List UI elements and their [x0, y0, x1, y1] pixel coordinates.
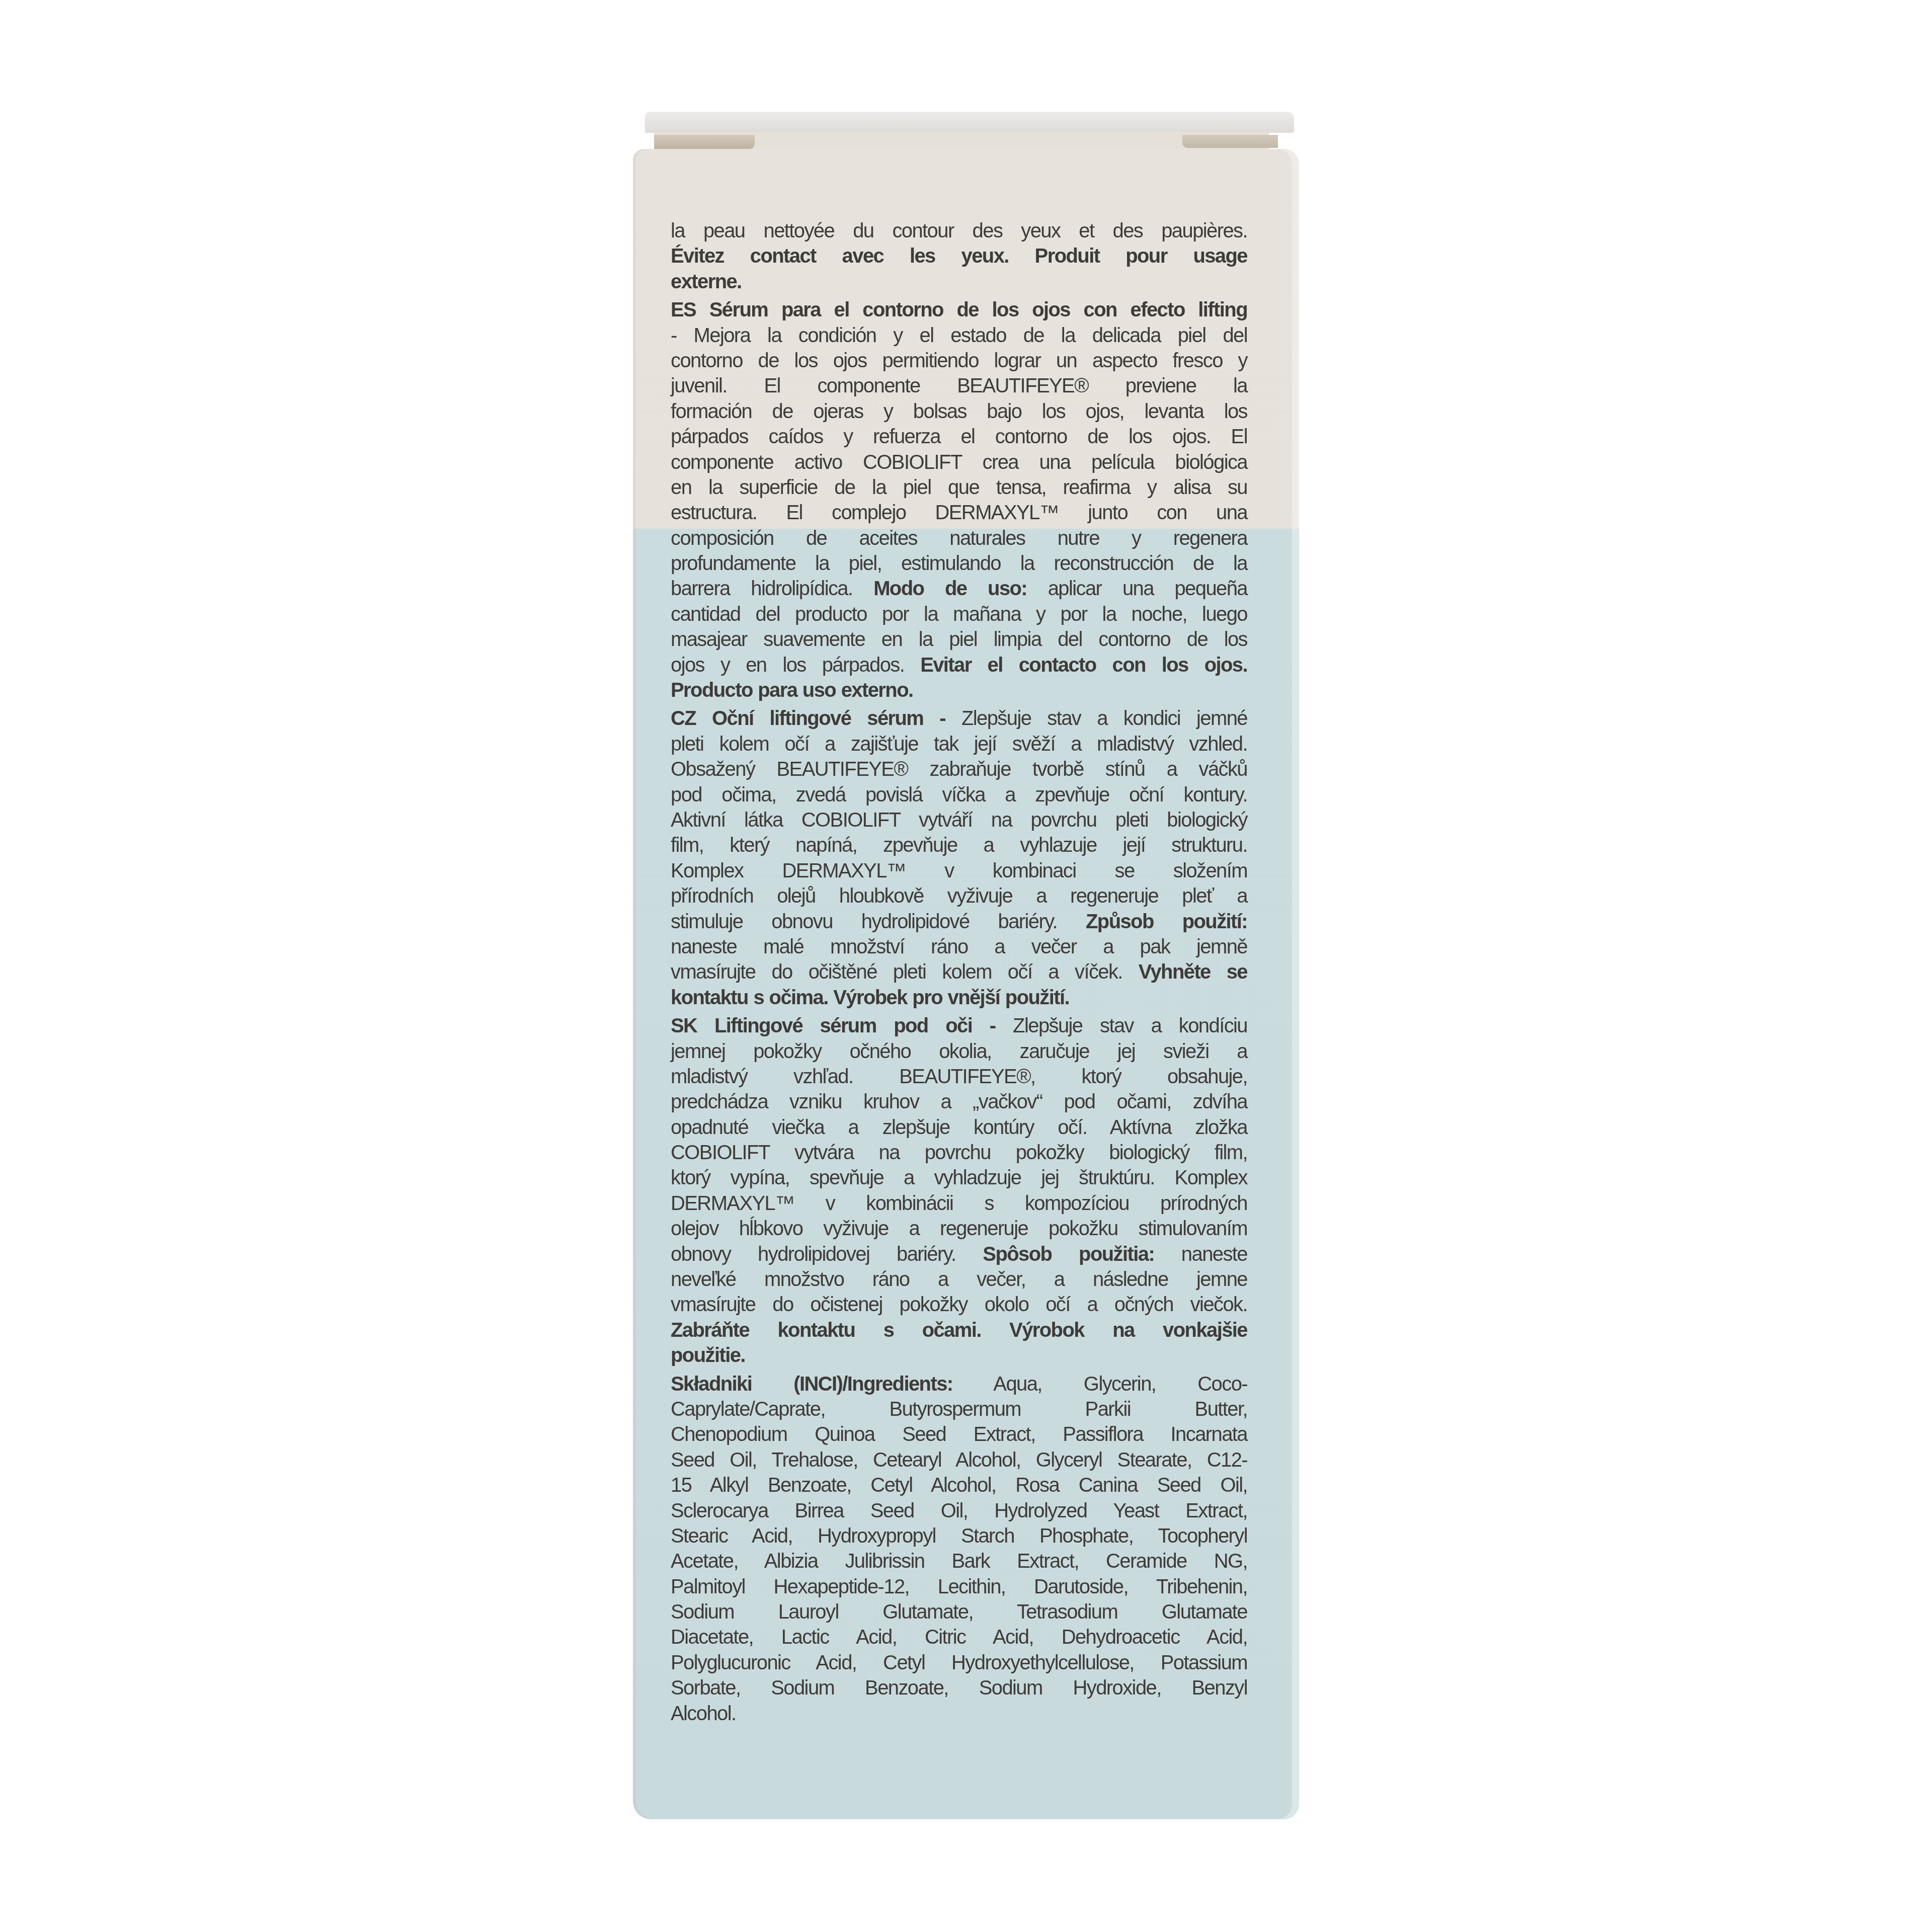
label-text-line: ojos y en los párpados. Evitar el contac…: [671, 653, 1247, 678]
label-text: aplicar una pequeña: [1027, 578, 1247, 600]
label-text: Polyglucuronic Acid, Cetyl Hydroxyethylc…: [671, 1652, 1247, 1674]
label-text-line: predchádza vzniku kruhov a „vačkov“ pod …: [671, 1089, 1247, 1114]
label-text-line: vmasírujte do očistenej pokožky okolo oč…: [671, 1292, 1247, 1317]
label-text-bold: Evitar el contacto con los ojos.: [920, 654, 1247, 676]
label-text: vmasírujte do očistenej pokožky okolo oč…: [671, 1294, 1247, 1316]
label-text-bold: kontaktu s očima. Výrobek pro vnější pou…: [671, 987, 1069, 1009]
label-text: ojos y en los párpados.: [671, 654, 920, 676]
label-text-line: Sclerocarya Birrea Seed Oil, Hydrolyzed …: [671, 1498, 1247, 1523]
label-text-line: Sorbate, Sodium Benzoate, Sodium Hydroxi…: [671, 1675, 1247, 1701]
label-text: stimuluje obnovu hydrolipidové bariéry.: [671, 911, 1086, 933]
label-text-line: la peau nettoyée du contour des yeux et …: [671, 218, 1247, 244]
label-text-line: ktorý vypína, spevňuje a vyhladzuje jej …: [671, 1165, 1247, 1190]
label-text-line: barrera hidrolipídica. Modo de uso: apli…: [671, 576, 1247, 601]
box-flap-slot-right: [1182, 135, 1278, 148]
label-text: juvenil. El componente BEAUTIFEYE® previ…: [671, 375, 1247, 397]
label-text-line: stimuluje obnovu hydrolipidové bariéry. …: [671, 909, 1247, 934]
label-text: Palmitoyl Hexapeptide-12, Lecithin, Daru…: [671, 1576, 1247, 1598]
box-flap-slot-left: [654, 135, 755, 149]
label-text-line: Komplex DERMAXYL™ v kombinaci se složení…: [671, 858, 1247, 883]
label-section-es: ES Sérum para el contorno de los ojos co…: [671, 297, 1247, 703]
label-text-bold: Vyhněte se: [1139, 961, 1247, 983]
label-text: Zlepšuje stav a kondíciu: [1013, 1015, 1247, 1037]
label-text: barrera hidrolipídica.: [671, 578, 873, 600]
label-text-bold: ES Sérum para el contorno de los ojos co…: [671, 299, 1247, 321]
label-text: Acetate, Albizia Julibrissin Bark Extrac…: [671, 1550, 1247, 1572]
label-text: pod očima, zvedá povislá víčka a zpevňuj…: [671, 784, 1247, 806]
label-text-line: jemnej pokožky očného okolia, zaručuje j…: [671, 1039, 1247, 1064]
label-text-line: film, který napíná, zpevňuje a vyhlazuje…: [671, 833, 1247, 858]
label-text-bold: Producto para uso externo.: [671, 679, 913, 701]
label-text-line: opadnuté viečka a zlepšuje kontúry očí. …: [671, 1115, 1247, 1140]
label-text: ktorý vypína, spevňuje a vyhladzuje jej …: [671, 1167, 1247, 1189]
label-text: párpados caídos y refuerza el contorno d…: [671, 426, 1247, 448]
label-text-line: externe.: [671, 269, 1247, 294]
label-text-line: masajear suavemente en la piel limpia de…: [671, 627, 1247, 652]
label-text: Obsažený BEAUTIFEYE® zabraňuje tvorbě st…: [671, 758, 1247, 780]
label-text-line: Aktivní látka COBIOLIFT vytváří na povrc…: [671, 808, 1247, 833]
label-text-line: ES Sérum para el contorno de los ojos co…: [671, 297, 1247, 323]
label-section-fr: la peau nettoyée du contour des yeux et …: [671, 218, 1247, 294]
label-text: COBIOLIFT vytvára na povrchu pokožky bio…: [671, 1142, 1247, 1164]
label-text-line: juvenil. El componente BEAUTIFEYE® previ…: [671, 373, 1247, 398]
label-section-inci: Składniki (INCI)/Ingredients: Aqua, Glyc…: [671, 1372, 1247, 1726]
label-text-line: profundamente la piel, estimulando la re…: [671, 551, 1247, 576]
label-text-line: pleti kolem očí a zajišťuje tak její svě…: [671, 732, 1247, 757]
label-text: Sorbate, Sodium Benzoate, Sodium Hydroxi…: [671, 1677, 1247, 1699]
label-text: film, který napíná, zpevňuje a vyhlazuje…: [671, 834, 1247, 856]
label-text: vmasírujte do očištěné pleti kolem očí a…: [671, 961, 1139, 983]
label-text-line: Évitez contact avec les yeux. Produit po…: [671, 244, 1247, 269]
label-text-line: CZ Oční liftingové sérum - Zlepšuje stav…: [671, 706, 1247, 731]
label-text: Stearic Acid, Hydroxypropyl Starch Phosp…: [671, 1525, 1247, 1547]
label-text: Diacetate, Lactic Acid, Citric Acid, Deh…: [671, 1626, 1247, 1648]
label-text-line: olejov hĺbkovo vyživuje a regeneruje pok…: [671, 1216, 1247, 1241]
label-text: mladistvý vzhľad. BEAUTIFEYE®, ktorý obs…: [671, 1066, 1247, 1088]
label-text: naneste malé množství ráno a večer a pak…: [671, 936, 1247, 958]
label-text: přírodních olejů hloubkově vyživuje a re…: [671, 885, 1247, 907]
label-text: en la superficie de la piel que tensa, r…: [671, 476, 1247, 499]
label-text: Zlepšuje stav a kondici jemné: [961, 707, 1247, 730]
label-text-bold: externe.: [671, 271, 742, 293]
label-text-line: neveľké množstvo ráno a večer, a následn…: [671, 1267, 1247, 1292]
label-text: DERMAXYL™ v kombinácii s kompozíciou prí…: [671, 1192, 1247, 1215]
label-text: estructura. El complejo DERMAXYL™ junto …: [671, 502, 1247, 524]
label-text: - Mejora la condición y el estado de la …: [671, 325, 1247, 347]
label-text-line: Producto para uso externo.: [671, 678, 1247, 703]
label-text-line: Diacetate, Lactic Acid, Citric Acid, Deh…: [671, 1625, 1247, 1650]
label-text-line: pod očima, zvedá povislá víčka a zpevňuj…: [671, 782, 1247, 808]
label-text-line: DERMAXYL™ v kombinácii s kompozíciou prí…: [671, 1191, 1247, 1216]
label-text-bold: Způsob použití:: [1086, 911, 1247, 933]
label-text: Chenopodium Quinoa Seed Extract, Passifl…: [671, 1423, 1247, 1445]
label-text-line: COBIOLIFT vytvára na povrchu pokožky bio…: [671, 1140, 1247, 1165]
label-text-line: Alcohol.: [671, 1701, 1247, 1726]
product-label-text: la peau nettoyée du contour des yeux et …: [671, 218, 1247, 1729]
label-text: la peau nettoyée du contour des yeux et …: [671, 220, 1247, 242]
label-text-bold: Składniki (INCI)/Ingredients:: [671, 1373, 953, 1395]
label-text-line: SK Liftingové sérum pod oči - Zlepšuje s…: [671, 1013, 1247, 1038]
label-text: obnovy hydrolipidovej bariéry.: [671, 1243, 983, 1265]
label-text-line: použitie.: [671, 1343, 1247, 1368]
label-text-line: vmasírujte do očištěné pleti kolem očí a…: [671, 959, 1247, 985]
label-text: olejov hĺbkovo vyživuje a regeneruje pok…: [671, 1218, 1247, 1240]
label-text: jemnej pokožky očného okolia, zaručuje j…: [671, 1040, 1247, 1063]
label-text: composición de aceites naturales nutre y…: [671, 527, 1247, 549]
label-text-line: formación de ojeras y bolsas bajo los oj…: [671, 399, 1247, 424]
label-text: masajear suavemente en la piel limpia de…: [671, 628, 1247, 651]
label-text-line: Polyglucuronic Acid, Cetyl Hydroxyethylc…: [671, 1650, 1247, 1675]
label-text: profundamente la piel, estimulando la re…: [671, 552, 1247, 575]
label-text-line: mladistvý vzhľad. BEAUTIFEYE®, ktorý obs…: [671, 1064, 1247, 1089]
label-text: naneste: [1154, 1243, 1247, 1265]
label-text-line: contorno de los ojos permitiendo lograr …: [671, 348, 1247, 373]
label-text-line: estructura. El complejo DERMAXYL™ junto …: [671, 500, 1247, 525]
label-text: predchádza vzniku kruhov a „vačkov“ pod …: [671, 1091, 1247, 1113]
label-text-line: Składniki (INCI)/Ingredients: Aqua, Glyc…: [671, 1372, 1247, 1397]
label-text: Alcohol.: [671, 1703, 736, 1725]
label-text-line: Caprylate/Caprate, Butyrospermum Parkii …: [671, 1397, 1247, 1422]
label-text-line: Stearic Acid, Hydroxypropyl Starch Phosp…: [671, 1523, 1247, 1549]
label-text-line: Sodium Lauroyl Glutamate, Tetrasodium Gl…: [671, 1599, 1247, 1625]
label-text: pleti kolem očí a zajišťuje tak její svě…: [671, 733, 1247, 755]
label-text: Sclerocarya Birrea Seed Oil, Hydrolyzed …: [671, 1500, 1247, 1522]
label-text: cantidad del producto por la mañana y po…: [671, 603, 1247, 625]
label-text-line: Palmitoyl Hexapeptide-12, Lecithin, Daru…: [671, 1574, 1247, 1599]
label-text-line: kontaktu s očima. Výrobek pro vnější pou…: [671, 985, 1247, 1010]
label-text-line: Seed Oil, Trehalose, Cetearyl Alcohol, G…: [671, 1447, 1247, 1473]
label-text: formación de ojeras y bolsas bajo los oj…: [671, 400, 1247, 423]
label-text-line: Acetate, Albizia Julibrissin Bark Extrac…: [671, 1549, 1247, 1574]
label-text-bold: Spôsob použitia:: [983, 1243, 1154, 1265]
label-text: Komplex DERMAXYL™ v kombinaci se složení…: [671, 860, 1247, 882]
label-text-line: - Mejora la condición y el estado de la …: [671, 323, 1247, 348]
label-text-bold: Évitez contact avec les yeux. Produit po…: [671, 245, 1247, 267]
label-text-line: Obsažený BEAUTIFEYE® zabraňuje tvorbě st…: [671, 757, 1247, 782]
label-section-sk: SK Liftingové sérum pod oči - Zlepšuje s…: [671, 1013, 1247, 1368]
label-text: 15 Alkyl Benzoate, Cetyl Alcohol, Rosa C…: [671, 1474, 1247, 1496]
label-text: Sodium Lauroyl Glutamate, Tetrasodium Gl…: [671, 1601, 1247, 1623]
label-text-line: componente activo COBIOLIFT crea una pel…: [671, 450, 1247, 475]
label-text: opadnuté viečka a zlepšuje kontúry očí. …: [671, 1116, 1247, 1139]
label-text: Caprylate/Caprate, Butyrospermum Parkii …: [671, 1398, 1247, 1420]
label-text-bold: SK Liftingové sérum pod oči -: [671, 1015, 1013, 1037]
label-text: neveľké množstvo ráno a večer, a následn…: [671, 1268, 1247, 1291]
label-section-cz: CZ Oční liftingové sérum - Zlepšuje stav…: [671, 706, 1247, 1010]
label-text: Seed Oil, Trehalose, Cetearyl Alcohol, G…: [671, 1449, 1247, 1471]
label-text-line: přírodních olejů hloubkově vyživuje a re…: [671, 883, 1247, 909]
label-text-line: Zabráňte kontaktu s očami. Výrobok na vo…: [671, 1318, 1247, 1343]
box-top-flap: [645, 112, 1294, 133]
label-text: componente activo COBIOLIFT crea una pel…: [671, 451, 1247, 473]
label-text: Aqua, Glycerin, Coco-: [953, 1373, 1248, 1395]
label-text-line: obnovy hydrolipidovej bariéry. Spôsob po…: [671, 1242, 1247, 1267]
label-text-line: composición de aceites naturales nutre y…: [671, 526, 1247, 551]
label-text-line: naneste malé množství ráno a večer a pak…: [671, 934, 1247, 959]
label-text: contorno de los ojos permitiendo lograr …: [671, 350, 1247, 372]
label-text-line: en la superficie de la piel que tensa, r…: [671, 475, 1247, 500]
label-text-line: Chenopodium Quinoa Seed Extract, Passifl…: [671, 1422, 1247, 1447]
label-text: Aktivní látka COBIOLIFT vytváří na povrc…: [671, 809, 1247, 831]
label-text-bold: CZ Oční liftingové sérum -: [671, 707, 961, 730]
label-text-line: 15 Alkyl Benzoate, Cetyl Alcohol, Rosa C…: [671, 1473, 1247, 1498]
label-text-bold: Zabráňte kontaktu s očami. Výrobok na vo…: [671, 1319, 1247, 1341]
label-text-line: cantidad del producto por la mañana y po…: [671, 602, 1247, 627]
label-text-line: párpados caídos y refuerza el contorno d…: [671, 424, 1247, 449]
label-text-bold: použitie.: [671, 1344, 745, 1366]
label-text-bold: Modo de uso:: [873, 578, 1027, 600]
